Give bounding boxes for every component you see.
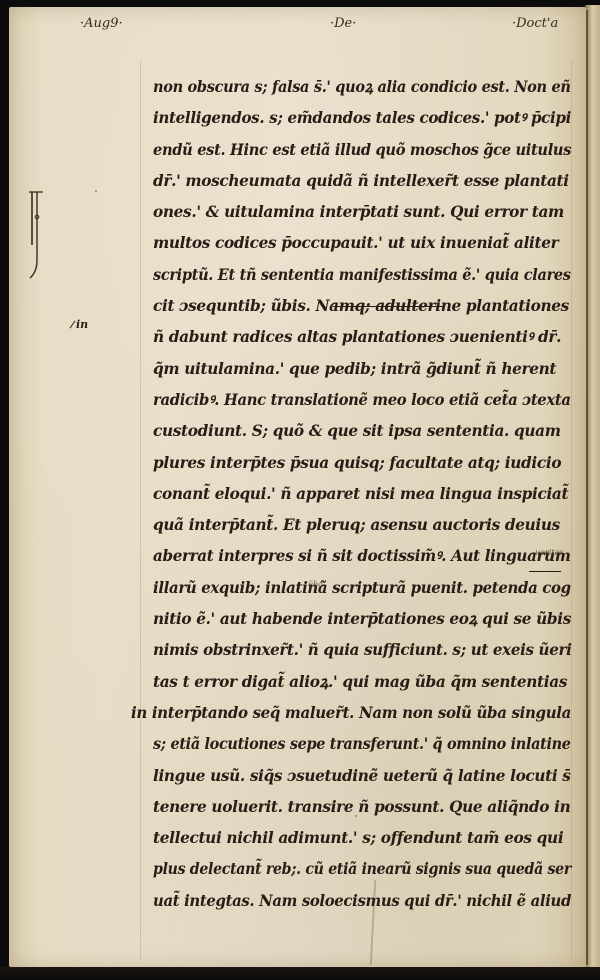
text-line: radicibꝰ. Hanc translationẽ meo loco eti… xyxy=(153,385,557,416)
text-line: ones.' & uitulamina interp̄tati sunt. Qu… xyxy=(153,197,571,228)
interlinear-gloss: ueritas xyxy=(535,548,563,557)
text-line: ñ dabunt radices altas plantationes ɔuen… xyxy=(153,322,571,353)
text-line: scriptũ. Et tñ sententia manifestissima … xyxy=(153,260,549,291)
text-line: multos codices p̄occupauit.' ut uix inue… xyxy=(153,228,571,259)
underline-mark xyxy=(333,306,445,307)
text-line: plures interp̄tes p̄sua quisq; facultate… xyxy=(153,448,571,479)
running-header-left: ·Aug9· xyxy=(80,16,123,31)
ruling-line-left xyxy=(140,60,141,960)
text-line: uat̃ integtas. Nam soloecismus qui dr̄.'… xyxy=(153,886,558,917)
text-line: q̃m uitulamina.' que pedib; intrã g̃diun… xyxy=(153,354,571,385)
underline-mark xyxy=(529,571,561,572)
running-header: ·Aug9· ·De· ·Doct'a xyxy=(0,14,600,38)
running-header-center: ·De· xyxy=(330,16,356,31)
text-line: conant̃ eloqui.' ñ apparet nisi mea ling… xyxy=(153,479,571,510)
text-line: intelligendos. s; em̃dandos tales codice… xyxy=(153,103,565,134)
text-line: dr̄.' moscheumata quidã ñ intellexer̃t e… xyxy=(153,166,571,197)
text-line: lingue usũ. siq̃s ɔsuetudinẽ ueterũ q̃ l… xyxy=(153,761,570,792)
text-line: nimis obstrinxer̃t.' ñ quia sufficiunt. … xyxy=(153,635,565,666)
text-line: endũ est. Hinc est etiã illud quõ moscho… xyxy=(153,135,552,166)
text-line: tenere uoluerit. transire ñ possunt. Que… xyxy=(153,792,571,823)
bottom-binding-shadow xyxy=(0,967,600,980)
text-line: tas t error digat̃ alioꝝ.' qui mag ũba q… xyxy=(153,667,571,698)
ink-speck xyxy=(95,190,97,192)
paragraph-mark-icon xyxy=(27,190,45,280)
text-line: plus delectant̃ reb;. cũ etiã inearũ sig… xyxy=(153,854,539,885)
text-line: aberrat interpres si ñ sit doctissim̃ꝰ. … xyxy=(153,541,566,572)
text-line: custodiunt. S; quõ & que sit ipsa senten… xyxy=(153,416,571,447)
text-line: in interp̄tando seq̃ maluer̃t. Nam non s… xyxy=(131,698,562,729)
text-line: illarũ exquib; inlatinã scripturã puenit… xyxy=(153,573,560,604)
text-line: nitio ẽ.' aut habende interp̄tationes eo… xyxy=(153,604,570,635)
margin-note-text: in xyxy=(76,318,88,331)
main-text-column: non obscura s; falsa s̄.' quoꝝ alia cond… xyxy=(153,72,573,917)
text-line: s; etiã locutiones sepe transferunt.' q̃… xyxy=(153,729,547,760)
text-line: tellectui nichil adimunt.' s; offendunt … xyxy=(153,823,571,854)
text-line: non obscura s; falsa s̄.' quoꝝ alia cond… xyxy=(153,72,549,103)
margin-note: in xyxy=(72,318,88,331)
interlinear-gloss: ũba xyxy=(308,580,323,589)
manuscript-scan: ·Aug9· ·De· ·Doct'a in non obscura s; fa… xyxy=(0,0,600,980)
text-line: quã interp̄tant̃. Et pleruq; asensu auct… xyxy=(153,510,571,541)
binding-gutter xyxy=(586,10,588,965)
running-header-right: ·Doct'a xyxy=(512,16,558,31)
